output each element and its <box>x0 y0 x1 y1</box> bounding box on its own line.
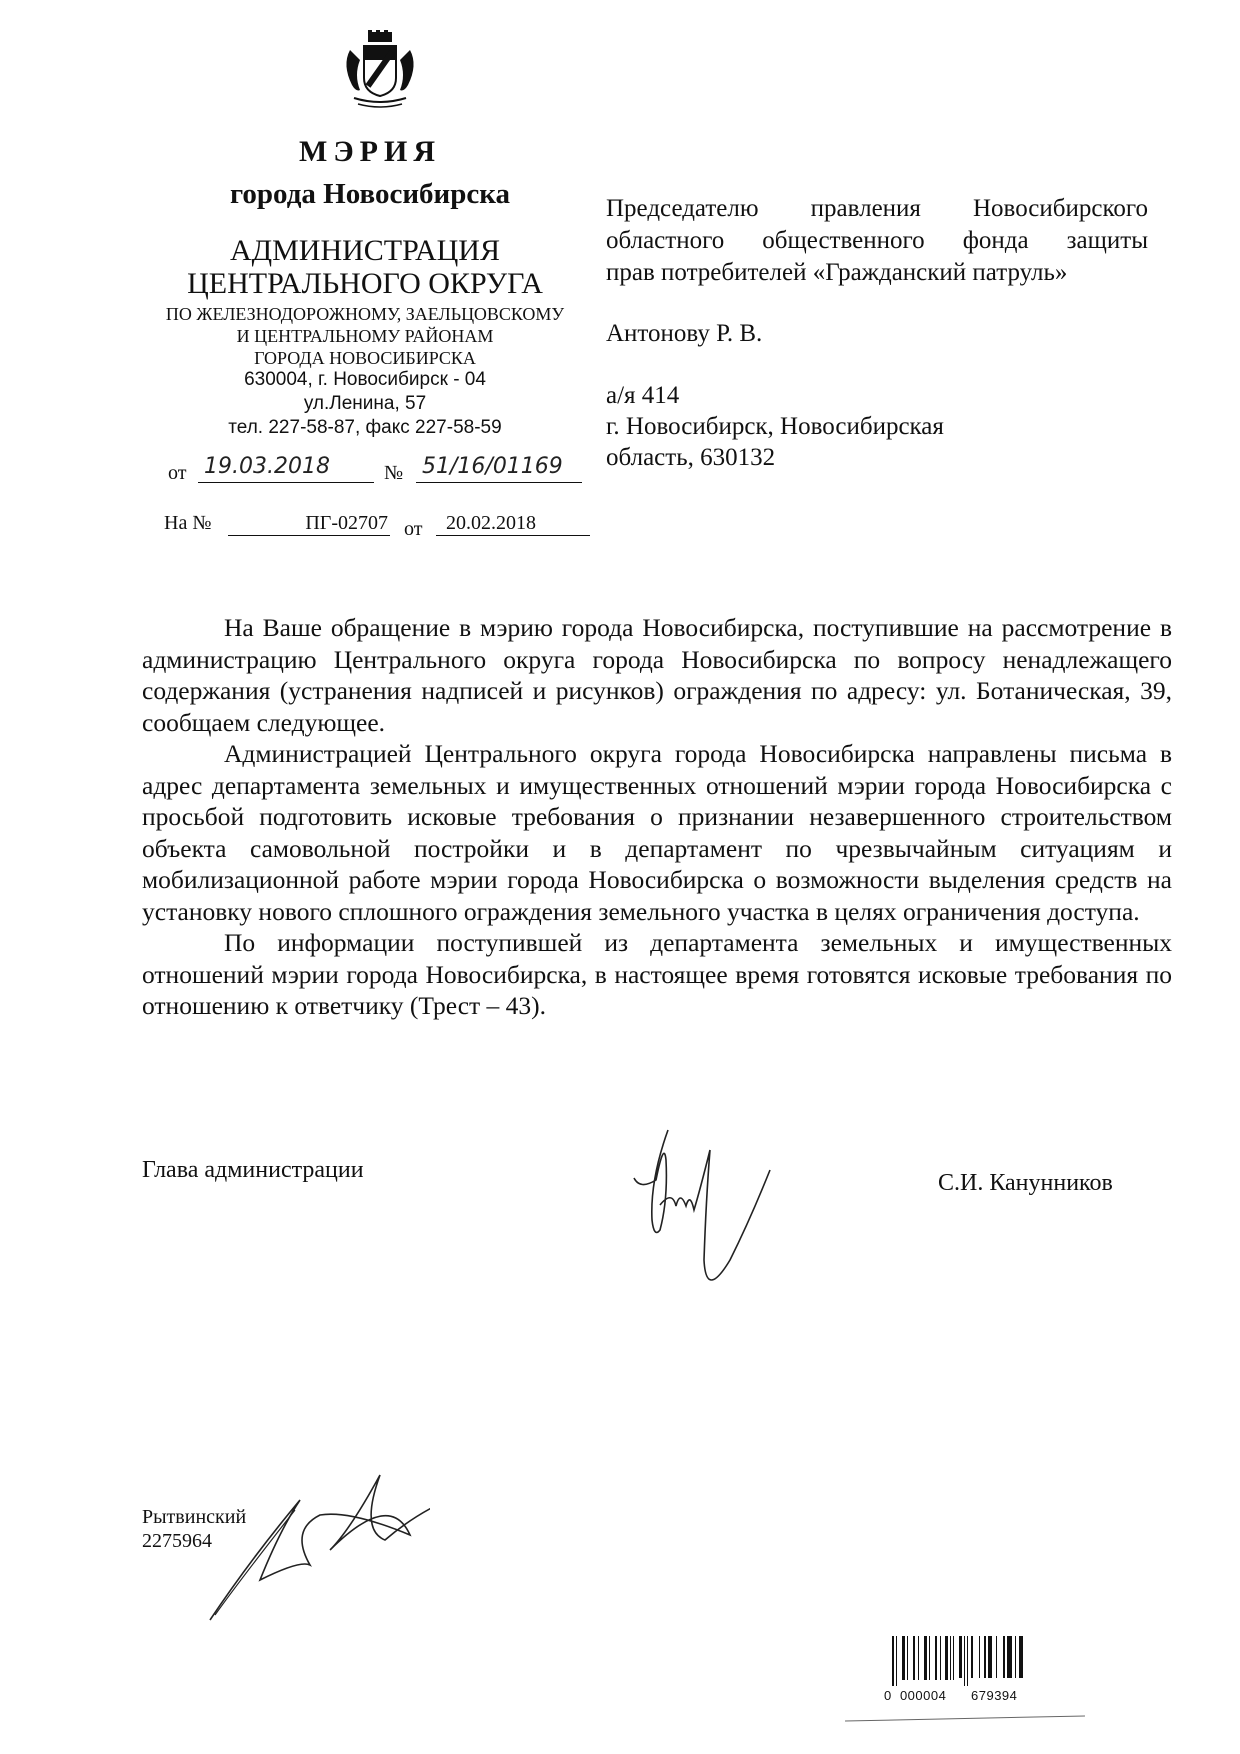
signatory-name: С.И. Канунников <box>938 1170 1113 1197</box>
scan-artifact-line <box>845 1715 1085 1721</box>
letterhead-address-line: ул.Ленина, 57 <box>140 392 590 415</box>
addressee-position-line: областного общественного фонда защиты <box>606 225 1148 256</box>
letterhead-districts-line: ГОРОДА НОВОСИБИРСКА <box>140 347 590 369</box>
addressee-po-box: а/я 414 <box>606 380 679 411</box>
letterhead-address-line: 630004, г. Новосибирск - 04 <box>140 368 590 391</box>
signatory-title: Глава администрации <box>142 1157 364 1184</box>
reg-from-label: от <box>168 462 186 485</box>
barcode <box>892 1636 1072 1688</box>
letterhead-admin-line: ЦЕНТРАЛЬНОГО ОКРУГА <box>140 268 590 300</box>
addressee-position-line: прав потребителей «Гражданский патруль» <box>606 257 1067 288</box>
executor-signature-icon <box>190 1470 430 1640</box>
body-paragraph: По информации поступившей из департамент… <box>142 927 1172 1022</box>
addressee-city: г. Новосибирск, Новосибирская <box>606 411 944 442</box>
letterhead-mayor-city: города Новосибирска <box>160 178 580 211</box>
reg-date-handwritten: 19.03.2018 <box>198 454 374 483</box>
reply-from-label: от <box>404 518 422 541</box>
letterhead-contacts-line: тел. 227-58-87, факс 227-58-59 <box>140 416 590 439</box>
letterhead-districts-line: И ЦЕНТРАЛЬНОМУ РАЙОНАМ <box>140 325 590 347</box>
reply-date: 20.02.2018 <box>436 512 590 536</box>
body-paragraph: Администрацией Центрального округа город… <box>142 738 1172 927</box>
reg-number-handwritten: 51/16/01169 <box>416 454 582 483</box>
letterhead-mayor-title: МЭРИЯ <box>160 135 580 169</box>
coat-of-arms-icon <box>330 30 430 110</box>
addressee-position-line: Председателю правления Новосибирского <box>606 193 1148 224</box>
barcode-number: 0 000004 679394 <box>884 1688 1017 1703</box>
reg-number-label: № <box>384 462 403 485</box>
letterhead-districts-line: ПО ЖЕЛЕЗНОДОРОЖНОМУ, ЗАЕЛЬЦОВСКОМУ <box>140 303 590 325</box>
body-paragraph: На Ваше обращение в мэрию города Новосиб… <box>142 612 1172 738</box>
reply-number: ПГ-02707 <box>228 512 390 536</box>
reply-number-label: На № <box>164 512 211 535</box>
handwritten-signature-icon <box>620 1120 820 1300</box>
addressee-name: Антонову Р. В. <box>606 318 762 349</box>
letterhead-admin-line: АДМИНИСТРАЦИЯ <box>140 235 590 267</box>
letter-body: На Ваше обращение в мэрию города Новосиб… <box>142 612 1172 1022</box>
addressee-region: область, 630132 <box>606 442 775 473</box>
